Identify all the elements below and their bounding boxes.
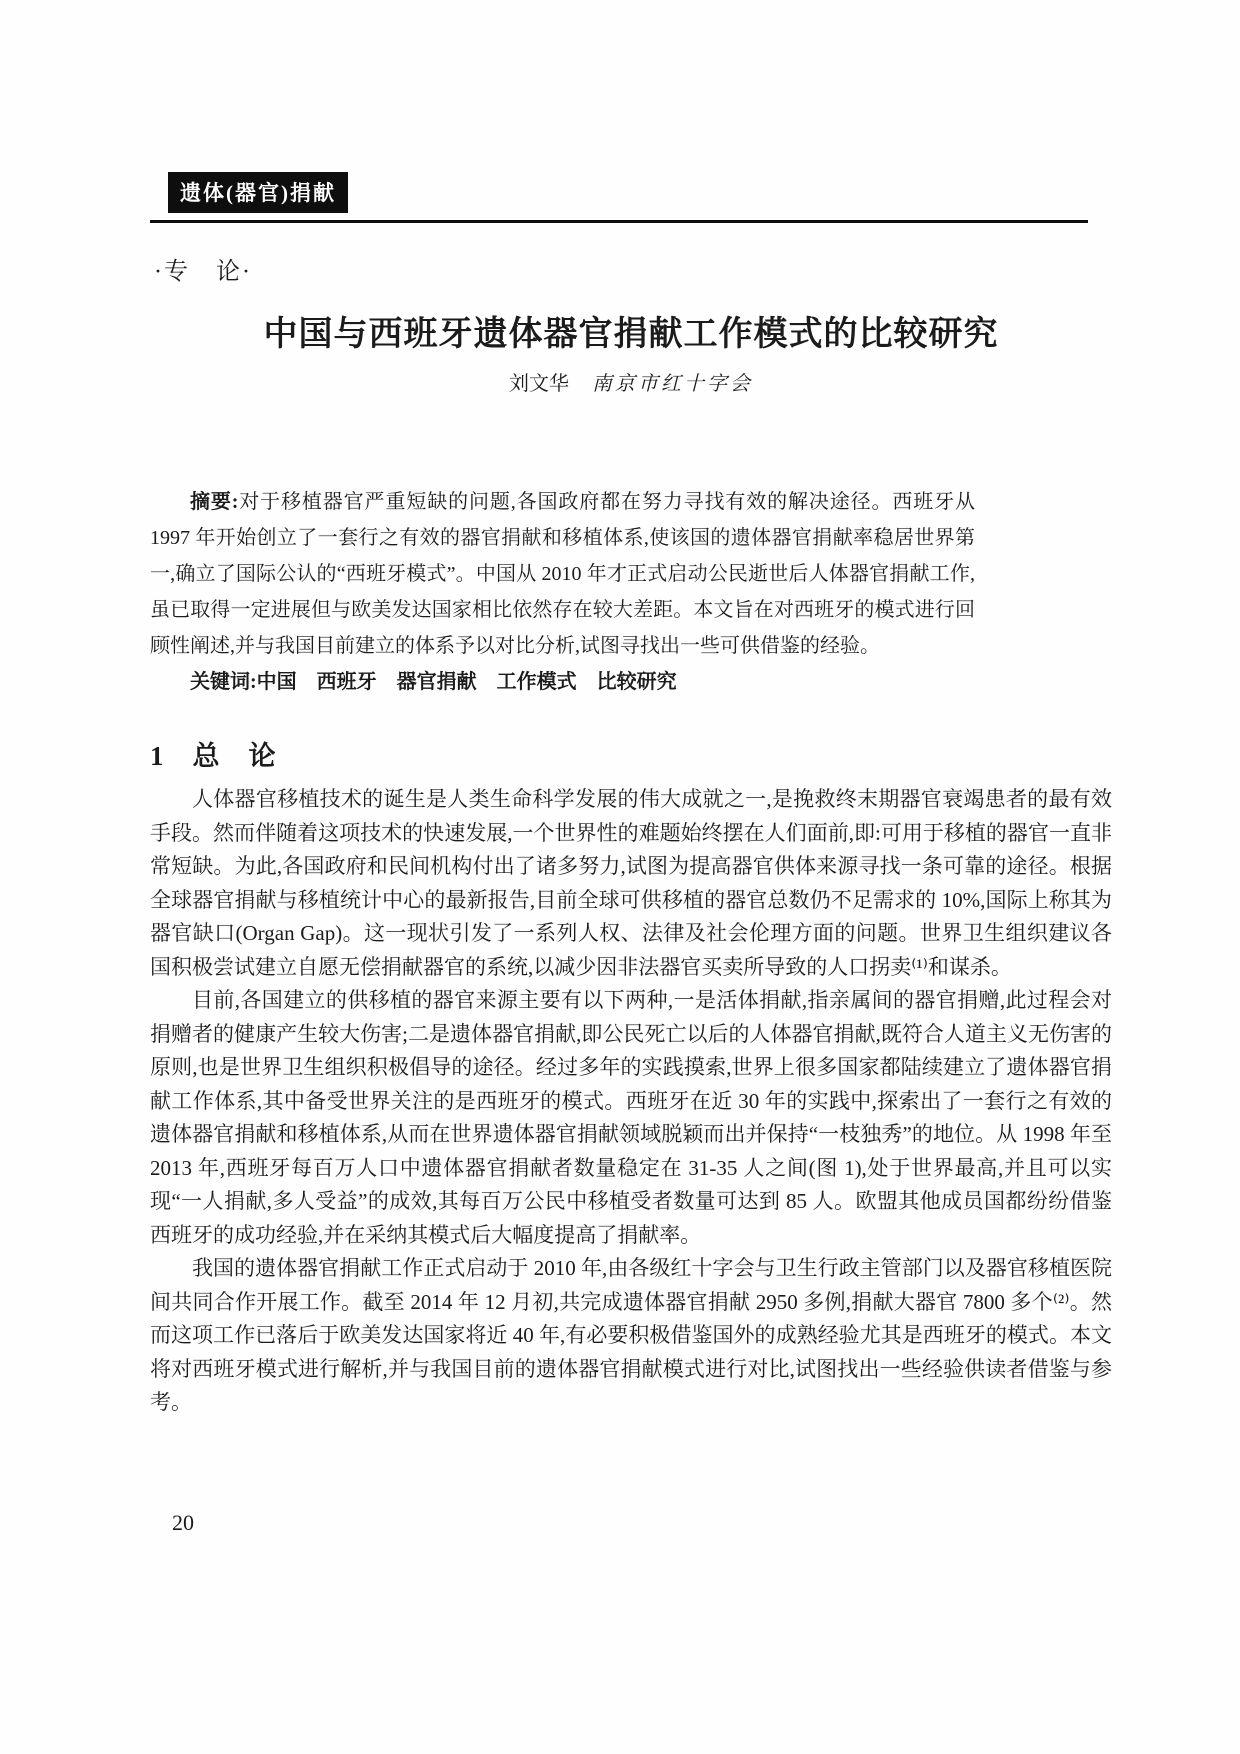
abstract-paragraph: 摘要:对于移植器官严重短缺的问题,各国政府都在努力寻找有效的解决途径。西班牙从 … [150, 484, 975, 664]
section-heading: 1 总 论 [150, 734, 1112, 773]
abstract-block: 摘要:对于移植器官严重短缺的问题,各国政府都在努力寻找有效的解决途径。西班牙从 … [150, 484, 975, 700]
body-paragraph-3: 我国的遗体器官捐献工作正式启动于 2010 年,由各级红十字会与卫生行政主管部门… [150, 1252, 1112, 1420]
byline: 刘文华 南京市红十字会 [150, 367, 1112, 396]
keywords-label: 关键词: [190, 671, 257, 693]
author-affiliation: 南京市红十字会 [592, 373, 753, 395]
column-type-label: ·专 论· [154, 251, 1112, 286]
article-title: 中国与西班牙遗体器官捐献工作模式的比较研究 [150, 306, 1112, 355]
page-number: 20 [172, 1510, 194, 1536]
section-body: 人体器官移植技术的诞生是人类生命科学发展的伟大成就之一,是挽救终末期器官衰竭患者… [150, 783, 1112, 1420]
body-paragraph-1: 人体器官移植技术的诞生是人类生命科学发展的伟大成就之一,是挽救终末期器官衰竭患者… [150, 783, 1112, 984]
body-paragraph-2: 目前,各国建立的供移植的器官来源主要有以下两种,一是活体捐献,指亲属间的器官捐赠… [150, 984, 1112, 1252]
journal-section-badge: 遗体(器官)捐献 [168, 172, 348, 213]
content-column: 遗体(器官)捐献 ·专 论· 中国与西班牙遗体器官捐献工作模式的比较研究 刘文华… [150, 0, 1112, 1420]
document-page: 遗体(器官)捐献 ·专 论· 中国与西班牙遗体器官捐献工作模式的比较研究 刘文华… [0, 0, 1240, 1754]
keywords-text: 中国 西班牙 器官捐献 工作模式 比较研究 [257, 671, 677, 693]
keywords-line: 关键词:中国 西班牙 器官捐献 工作模式 比较研究 [150, 664, 975, 700]
header-rule [150, 220, 1088, 223]
abstract-label: 摘要: [190, 491, 238, 513]
author-name: 刘文华 [509, 373, 569, 395]
abstract-text: 对于移植器官严重短缺的问题,各国政府都在努力寻找有效的解决途径。西班牙从 199… [150, 491, 975, 657]
